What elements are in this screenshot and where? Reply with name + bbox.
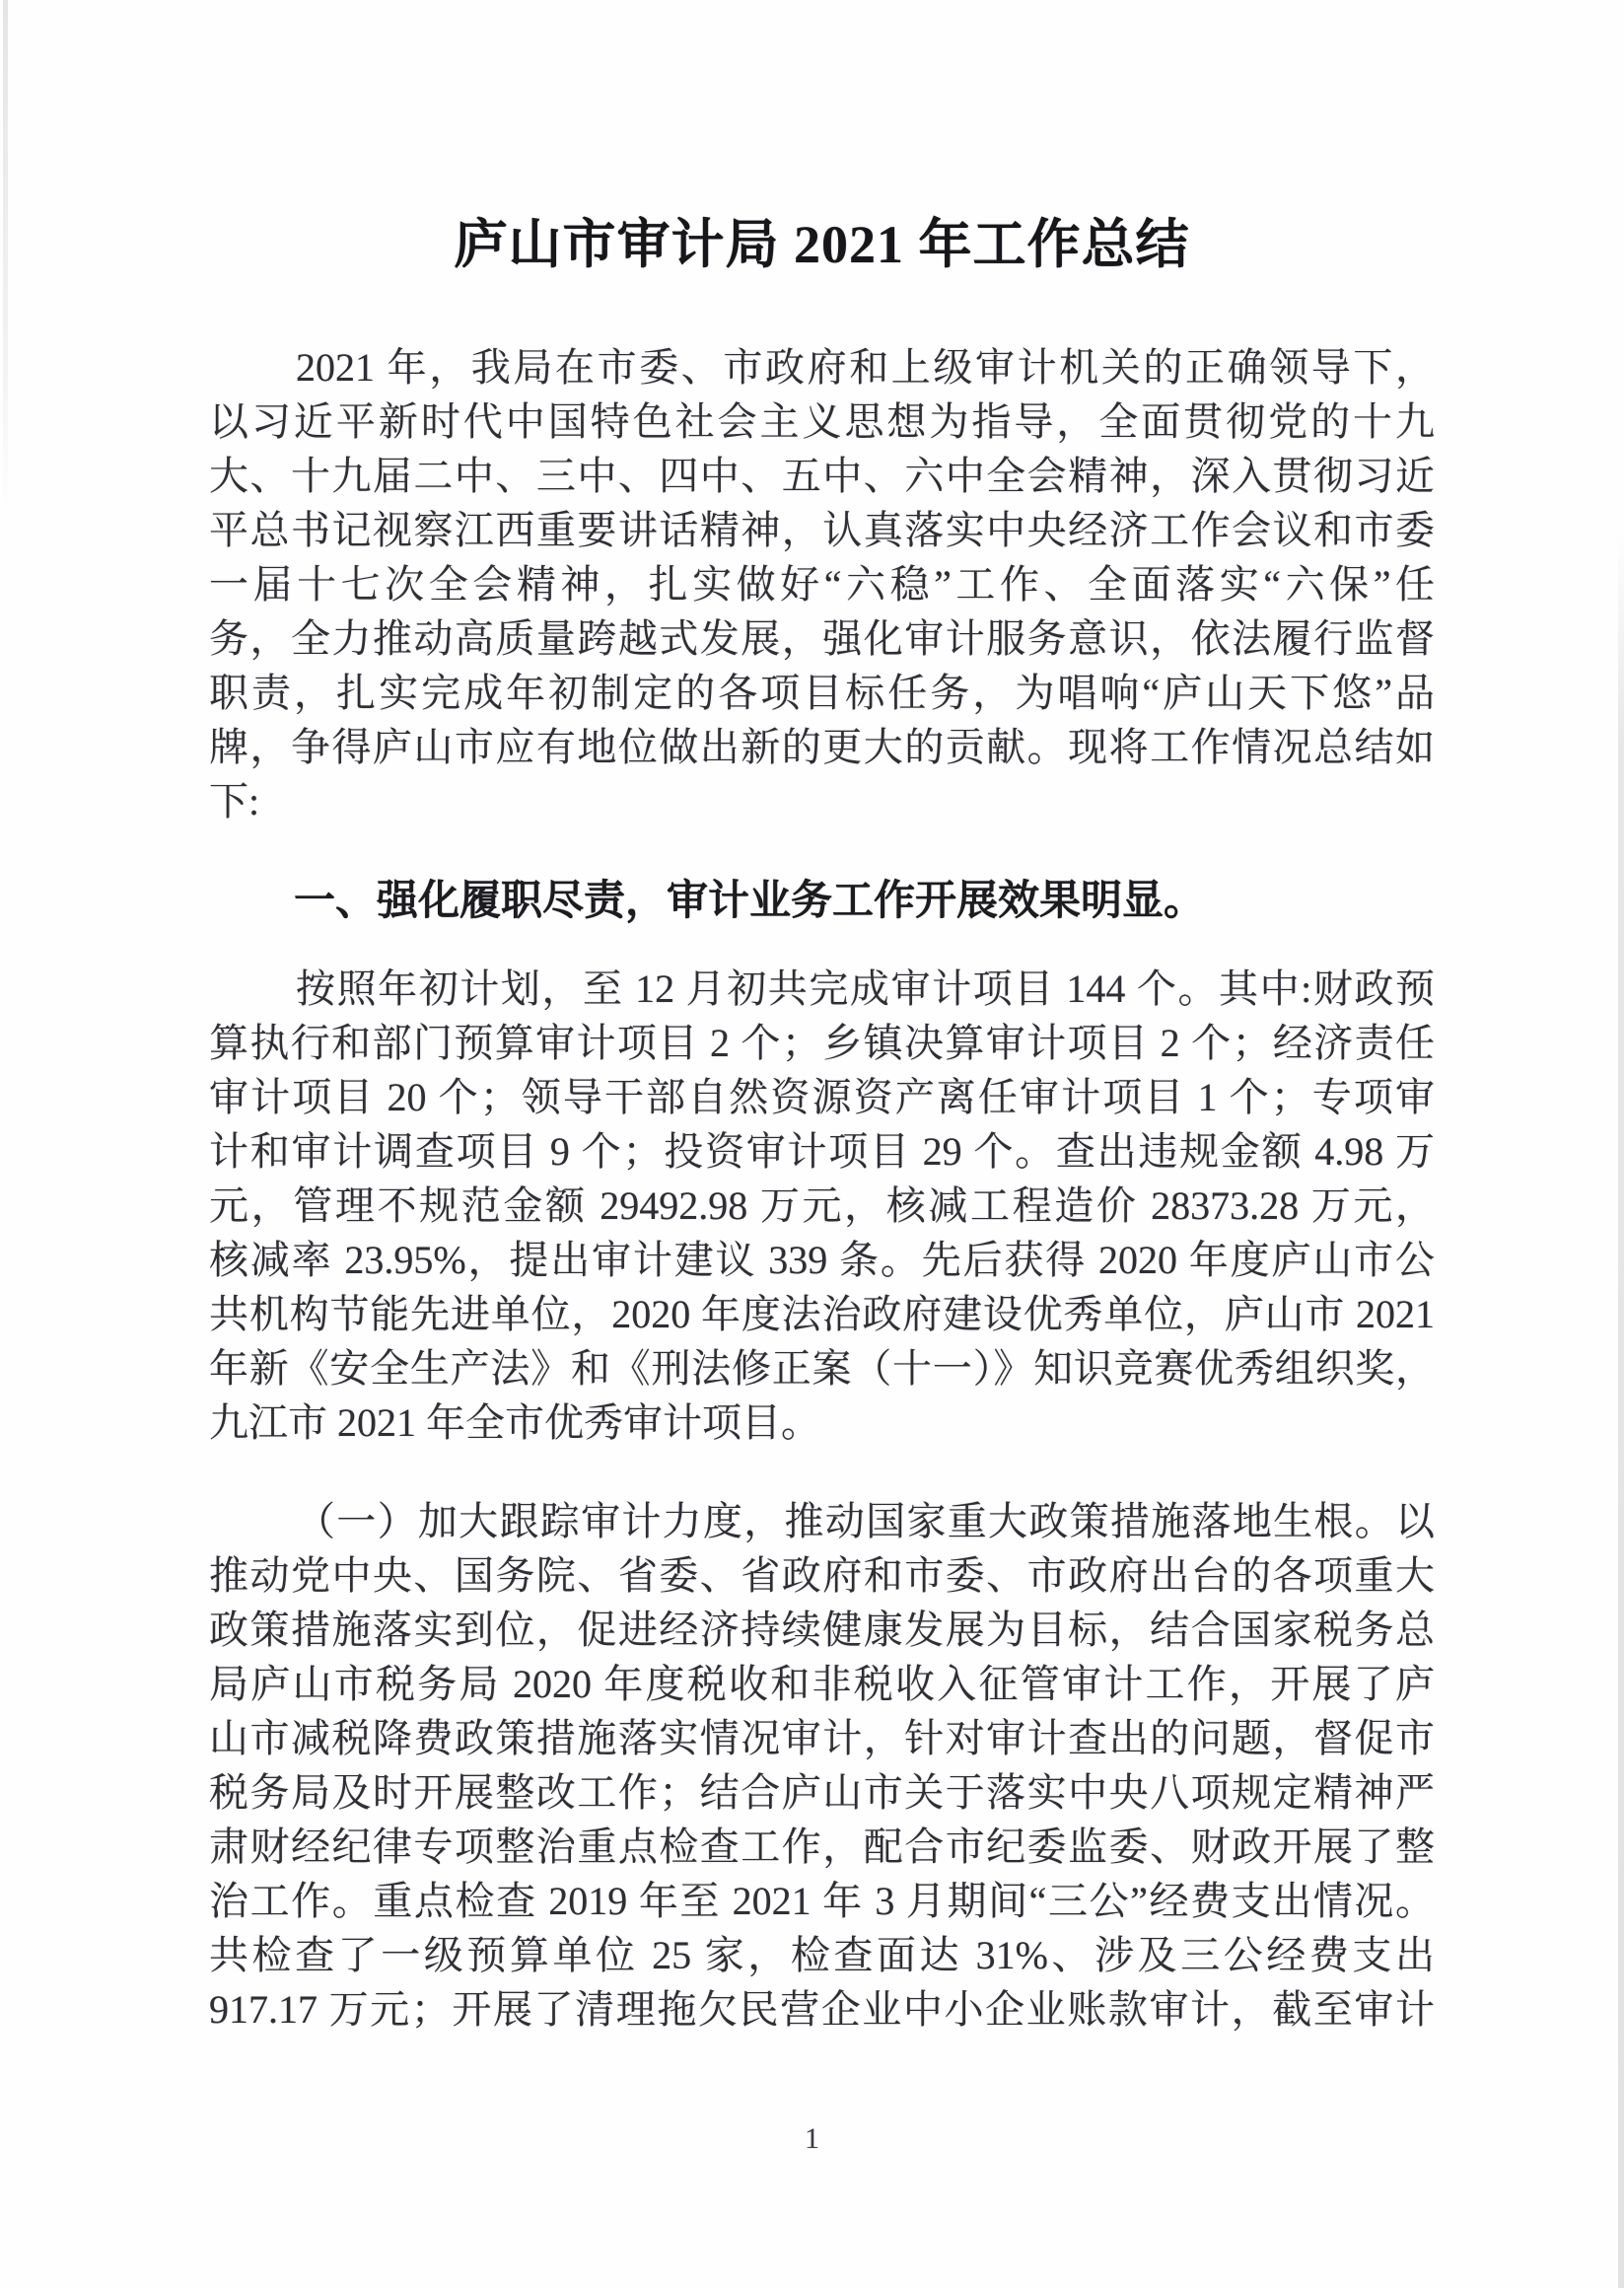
body-line: 元，管理不规范金额 29492.98 万元，核减工程造价 28373.28 万元… (209, 1179, 1435, 1233)
body-line: 年新《安全生产法》和《刑法修正案（十一）》知识竞赛优秀组织奖， (209, 1341, 1435, 1395)
paragraph-summary: 按照年初计划，至 12 月初共完成审计项目 144 个。其中:财政预 算执行和部… (209, 962, 1435, 1450)
body-line: 审计项目 20 个；领导干部自然资源资产离任审计项目 1 个；专项审 (209, 1070, 1435, 1124)
paragraph-subsection-1: （一）加大跟踪审计力度，推动国家重大政策措施落地生根。以 推动党中央、国务院、省… (209, 1494, 1435, 2037)
body-line: 计和审计调查项目 9 个；投资审计项目 29 个。查出违规金额 4.98 万 (209, 1124, 1435, 1179)
document-page: 庐山市审计局 2021 年工作总结 2021 年，我局在市委、市政府和上级审计机… (0, 0, 1624, 2288)
body-line: 九江市 2021 年全市优秀审计项目。 (209, 1395, 1435, 1450)
body-line: 下: (209, 774, 1435, 828)
body-line: 917.17 万元；开展了清理拖欠民营企业中小企业账款审计，截至审计 (209, 1982, 1435, 2037)
body-line: 肃财经纪律专项整治重点检查工作，配合市纪委监委、财政开展了整 (209, 1820, 1435, 1874)
body-line: 平总书记视察江西重要讲话精神，认真落实中央经济工作会议和市委 (209, 503, 1435, 557)
page-title: 庐山市审计局 2021 年工作总结 (209, 210, 1435, 279)
scan-artifact-left-edge (3, 0, 8, 513)
body-line: 一届十七次全会精神，扎实做好“六稳”工作、全面落实“六保”任 (209, 557, 1435, 611)
body-line: 政策措施落实到位，促进经济持续健康发展为目标，结合国家税务总 (209, 1603, 1435, 1657)
paragraph-intro: 2021 年，我局在市委、市政府和上级审计机关的正确领导下， 以习近平新时代中国… (209, 340, 1435, 828)
scan-artifact-right-edge (1618, 533, 1624, 2288)
body-line: 共检查了一级预算单位 25 家，检查面达 31%、涉及三公经费支出 (209, 1928, 1435, 1982)
document-content: 庐山市审计局 2021 年工作总结 2021 年，我局在市委、市政府和上级审计机… (209, 0, 1435, 2081)
body-line: 共机构节能先进单位，2020 年度法治政府建设优秀单位，庐山市 2021 (209, 1287, 1435, 1341)
body-line: 局庐山市税务局 2020 年度税收和非税收入征管审计工作，开展了庐 (209, 1657, 1435, 1711)
document-body: 2021 年，我局在市委、市政府和上级审计机关的正确领导下， 以习近平新时代中国… (209, 340, 1435, 2037)
body-line: 山市减税降费政策措施落实情况审计，针对审计查出的问题，督促市 (209, 1711, 1435, 1765)
body-line: （一）加大跟踪审计力度，推动国家重大政策措施落地生根。以 (209, 1494, 1435, 1548)
page-number: 1 (0, 2122, 1624, 2156)
body-line: 核减率 23.95%，提出审计建议 339 条。先后获得 2020 年度庐山市公 (209, 1233, 1435, 1287)
body-line: 牌，争得庐山市应有地位做出新的更大的贡献。现将工作情况总结如 (209, 720, 1435, 774)
body-line: 推动党中央、国务院、省委、省政府和市委、市政府出台的各项重大 (209, 1548, 1435, 1603)
body-line: 按照年初计划，至 12 月初共完成审计项目 144 个。其中:财政预 (209, 962, 1435, 1016)
body-line: 大、十九届二中、三中、四中、五中、六中全会精神，深入贯彻习近 (209, 449, 1435, 503)
section-heading-1: 一、强化履职尽责，审计业务工作开展效果明显。 (209, 873, 1435, 927)
body-line: 税务局及时开展整改工作；结合庐山市关于落实中央八项规定精神严 (209, 1765, 1435, 1820)
body-line: 算执行和部门预算审计项目 2 个；乡镇决算审计项目 2 个；经济责任 (209, 1016, 1435, 1070)
body-line: 务，全力推动高质量跨越式发展，强化审计服务意识，依法履行监督 (209, 611, 1435, 666)
body-line: 职责，扎实完成年初制定的各项目标任务，为唱响“庐山天下悠”品 (209, 666, 1435, 720)
body-line: 2021 年，我局在市委、市政府和上级审计机关的正确领导下， (209, 340, 1435, 394)
body-line: 治工作。重点检查 2019 年至 2021 年 3 月期间“三公”经费支出情况。 (209, 1874, 1435, 1928)
body-line: 以习近平新时代中国特色社会主义思想为指导，全面贯彻党的十九 (209, 394, 1435, 449)
